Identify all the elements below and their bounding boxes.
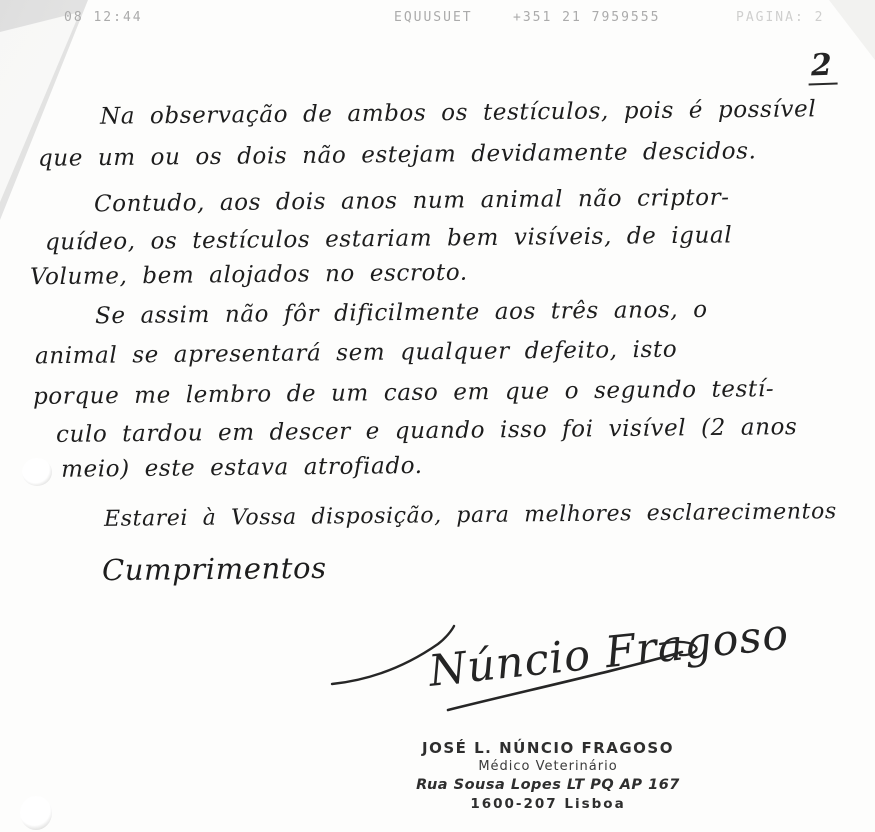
- handwritten-closing: Cumprimentos: [102, 551, 327, 587]
- signature-flourish: [330, 612, 720, 732]
- handwritten-line: Volume, bem alojados no escroto.: [30, 260, 468, 291]
- veterinarian-stamp: JOSÉ L. NÚNCIO FRAGOSO Médico Veterinári…: [378, 738, 718, 814]
- handwritten-line: Na observação de ambos os testículos, po…: [100, 96, 816, 129]
- hole-punch: [22, 458, 52, 486]
- fax-header: 08 12:44 EQUUSUET +351 21 7959555 PAGINA…: [0, 10, 875, 28]
- handwritten-line: porque me lembro de um caso em que o seg…: [33, 376, 774, 410]
- handwritten-line: que um ou os dois não estejam devidament…: [38, 138, 757, 172]
- handwritten-line: quídeo, os testículos estariam bem visív…: [45, 222, 732, 255]
- stamp-name: JOSÉ L. NÚNCIO FRAGOSO: [378, 738, 718, 758]
- handwritten-line: culo tardou em descer e quando isso foi …: [56, 414, 798, 448]
- stamp-title: Médico Veterinário: [378, 758, 718, 776]
- handwritten-page-number: 2: [807, 48, 837, 86]
- handwritten-line: Se assim não fôr dificilmente aos três a…: [95, 297, 708, 329]
- handwritten-line: e meio) este estava atrofiado.: [32, 453, 423, 483]
- handwritten-line: Estarei à Vossa disposição, para melhore…: [104, 499, 837, 532]
- handwritten-line: animal se apresentará sem qualquer defei…: [35, 337, 677, 370]
- stamp-address-line2: 1600-207 Lisboa: [378, 795, 718, 813]
- fax-page-indicator: PAGINA: 2: [736, 10, 824, 25]
- fax-sender-phone: +351 21 7959555: [513, 10, 660, 25]
- scanned-fax-page: 08 12:44 EQUUSUET +351 21 7959555 PAGINA…: [0, 0, 875, 832]
- handwritten-line: Contudo, aos dois anos num animal não cr…: [94, 185, 730, 218]
- fax-sender-name: EQUUSUET: [394, 10, 473, 25]
- stamp-address-line1: Rua Sousa Lopes LT PQ AP 167: [378, 776, 718, 796]
- hole-punch: [20, 796, 52, 830]
- fax-timestamp: 08 12:44: [64, 10, 143, 25]
